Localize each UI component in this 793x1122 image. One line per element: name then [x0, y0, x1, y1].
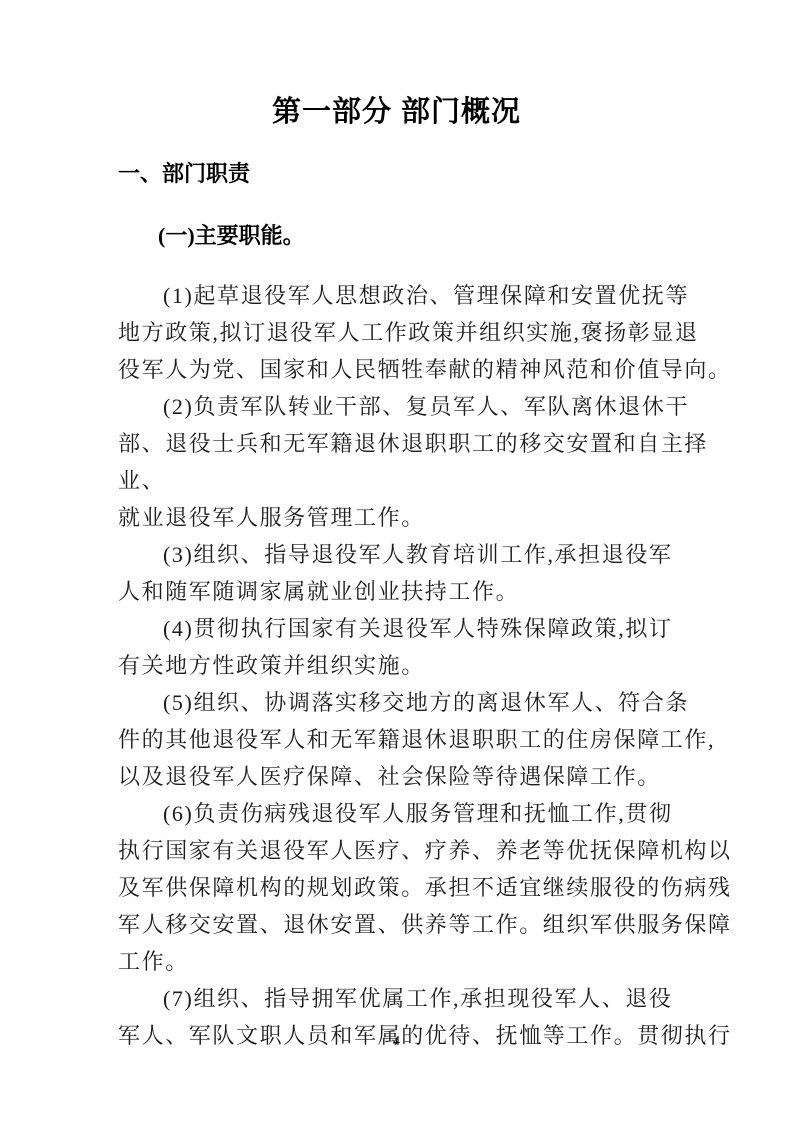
- paragraph-3: (3)组织、指导退役军人教育培训工作,承担退役军 人和随军随调家属就业创业扶持工…: [118, 536, 733, 610]
- section-heading: 一、部门职责: [118, 155, 733, 192]
- document-page: 第一部分 部门概况 一、部门职责 (一)主要职能。 (1)起草退役军人思想政治、…: [0, 0, 793, 1122]
- sub-heading: (一)主要职能。: [118, 217, 733, 254]
- paragraph-1: (1)起草退役军人思想政治、管理保障和安置优抚等 地方政策,拟订退役军人工作政策…: [118, 277, 733, 388]
- paragraph-4: (4)贯彻执行国家有关退役军人特殊保障政策,拟订 有关地方性政策并组织实施。: [118, 610, 733, 684]
- body-text: (1)起草退役军人思想政治、管理保障和安置优抚等 地方政策,拟订退役军人工作政策…: [118, 277, 733, 1054]
- page-number: 4: [0, 1034, 793, 1050]
- page-title: 第一部分 部门概况: [0, 91, 793, 133]
- paragraph-6: (6)负责伤病残退役军人服务管理和抚恤工作,贯彻 执行国家有关退役军人医疗、疗养…: [118, 795, 733, 980]
- paragraph-2: (2)负责军队转业干部、复员军人、军队离休退休干 部、退役士兵和无军籍退休退职职…: [118, 388, 733, 536]
- document-content: 一、部门职责 (一)主要职能。 (1)起草退役军人思想政治、管理保障和安置优抚等…: [118, 155, 733, 1054]
- paragraph-5: (5)组织、协调落实移交地方的离退休军人、符合条 件的其他退役军人和无军籍退休退…: [118, 684, 733, 795]
